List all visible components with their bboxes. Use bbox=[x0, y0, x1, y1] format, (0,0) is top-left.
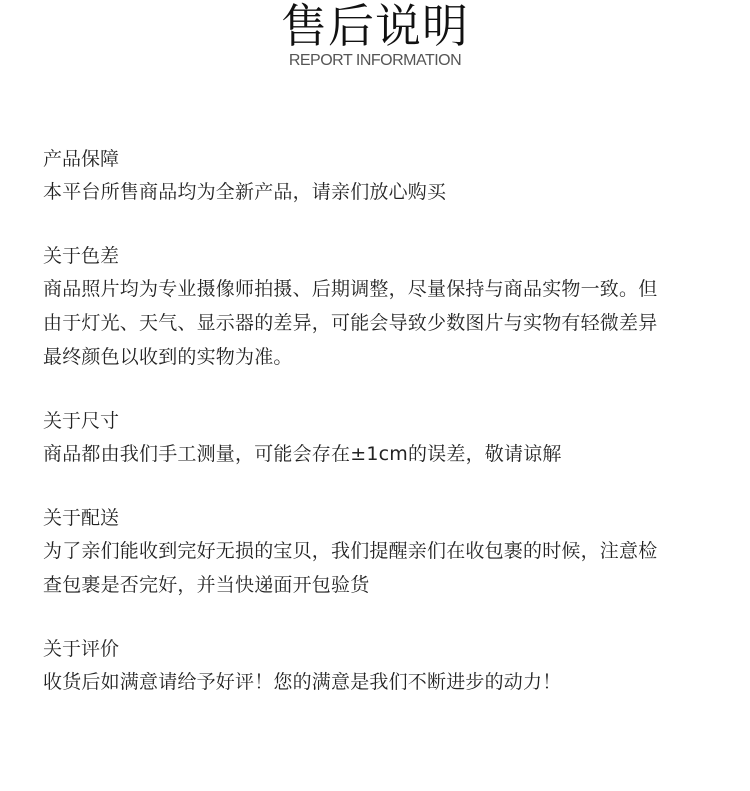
section-text: 为了亲们能收到完好无损的宝贝，我们提醒亲们在收包裹的时候，注意检 bbox=[43, 534, 723, 568]
section-body: 为了亲们能收到完好无损的宝贝，我们提醒亲们在收包裹的时候，注意检 查包裹是否完好… bbox=[43, 534, 723, 602]
section-text: 最终颜色以收到的实物为准。 bbox=[43, 340, 723, 374]
section-text: 查包裹是否完好，并当快递面开包验货 bbox=[43, 568, 723, 602]
section-color-difference: 关于色差 商品照片均为专业摄像师拍摄、后期调整，尽量保持与商品实物一致。但 由于… bbox=[43, 242, 723, 374]
page-subtitle: REPORT INFORMATION bbox=[0, 52, 750, 70]
page-title: 售后说明 bbox=[0, 0, 750, 51]
section-size: 关于尺寸 商品都由我们手工测量，可能会存在±1cm的误差，敬请谅解 bbox=[43, 407, 723, 471]
section-title: 关于评价 bbox=[43, 635, 723, 663]
section-body: 商品照片均为专业摄像师拍摄、后期调整，尽量保持与商品实物一致。但 由于灯光、天气… bbox=[43, 272, 723, 374]
page-header: 售后说明 REPORT INFORMATION bbox=[0, 0, 750, 70]
section-title: 关于配送 bbox=[43, 504, 723, 532]
section-review: 关于评价 收货后如满意请给予好评！您的满意是我们不断进步的动力！ bbox=[43, 635, 723, 699]
section-title: 关于尺寸 bbox=[43, 407, 723, 435]
section-product-guarantee: 产品保障 本平台所售商品均为全新产品，请亲们放心购买 bbox=[43, 145, 723, 209]
section-title: 关于色差 bbox=[43, 242, 723, 270]
section-body: 本平台所售商品均为全新产品，请亲们放心购买 bbox=[43, 175, 723, 209]
section-body: 收货后如满意请给予好评！您的满意是我们不断进步的动力！ bbox=[43, 665, 723, 699]
section-text: 由于灯光、天气、显示器的差异，可能会导致少数图片与实物有轻微差异 bbox=[43, 306, 723, 340]
section-text: 收货后如满意请给予好评！您的满意是我们不断进步的动力！ bbox=[43, 665, 723, 699]
after-sales-content: 产品保障 本平台所售商品均为全新产品，请亲们放心购买 关于色差 商品照片均为专业… bbox=[43, 145, 723, 732]
section-text: 商品都由我们手工测量，可能会存在±1cm的误差，敬请谅解 bbox=[43, 437, 723, 471]
section-text: 商品照片均为专业摄像师拍摄、后期调整，尽量保持与商品实物一致。但 bbox=[43, 272, 723, 306]
section-title: 产品保障 bbox=[43, 145, 723, 173]
section-body: 商品都由我们手工测量，可能会存在±1cm的误差，敬请谅解 bbox=[43, 437, 723, 471]
section-delivery: 关于配送 为了亲们能收到完好无损的宝贝，我们提醒亲们在收包裹的时候，注意检 查包… bbox=[43, 504, 723, 602]
section-text: 本平台所售商品均为全新产品，请亲们放心购买 bbox=[43, 175, 723, 209]
